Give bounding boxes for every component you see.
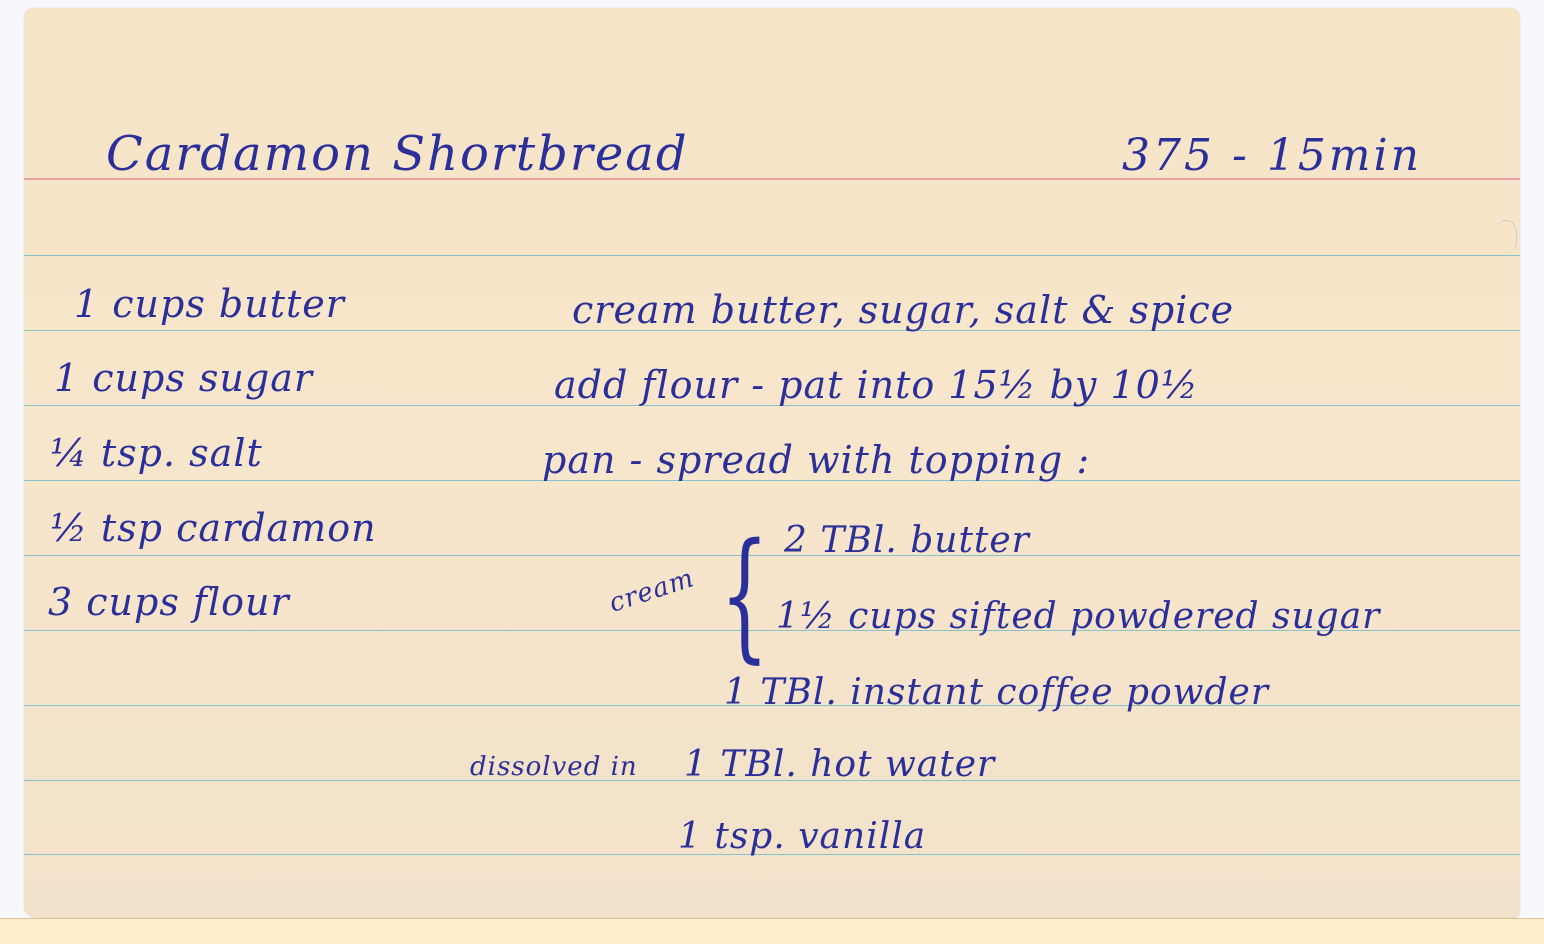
topping-item: 1 TBl. instant coffee powder	[724, 672, 1269, 713]
direction-step: add flour - pat into 15½ by 10½	[554, 363, 1199, 407]
scan-fiber	[1496, 220, 1517, 251]
topping-item: 1 tsp. vanilla	[678, 816, 926, 857]
ingredient-item: ¼ tsp. salt	[50, 431, 263, 475]
direction-step: cream butter, sugar, salt & spice	[572, 288, 1234, 332]
brace-icon: {	[720, 526, 769, 666]
recipe-title: Cardamon Shortbread	[106, 126, 689, 182]
topping-item: 1½ cups sifted powdered sugar	[776, 596, 1380, 637]
ingredient-item: 1 cups sugar	[54, 356, 313, 400]
dissolve-note: dissolved in	[470, 752, 638, 782]
topping-item: 2 TBl. butter	[784, 520, 1030, 561]
topping-item: 1 TBl. hot water	[684, 744, 995, 785]
ruled-line	[24, 555, 1520, 556]
background-strip	[0, 918, 1544, 944]
ingredient-item: 1 cups butter	[74, 282, 345, 326]
ruled-line	[24, 255, 1520, 256]
ingredient-item: 3 cups flour	[48, 580, 290, 624]
ingredient-item: ½ tsp cardamon	[50, 506, 377, 550]
bake-temp-time: 375 - 15min	[1122, 130, 1422, 181]
recipe-card: Cardamon Shortbread 375 - 15min 1 cups b…	[24, 8, 1520, 918]
cream-note: cream	[606, 563, 699, 619]
direction-step: pan - spread with topping :	[542, 438, 1090, 482]
